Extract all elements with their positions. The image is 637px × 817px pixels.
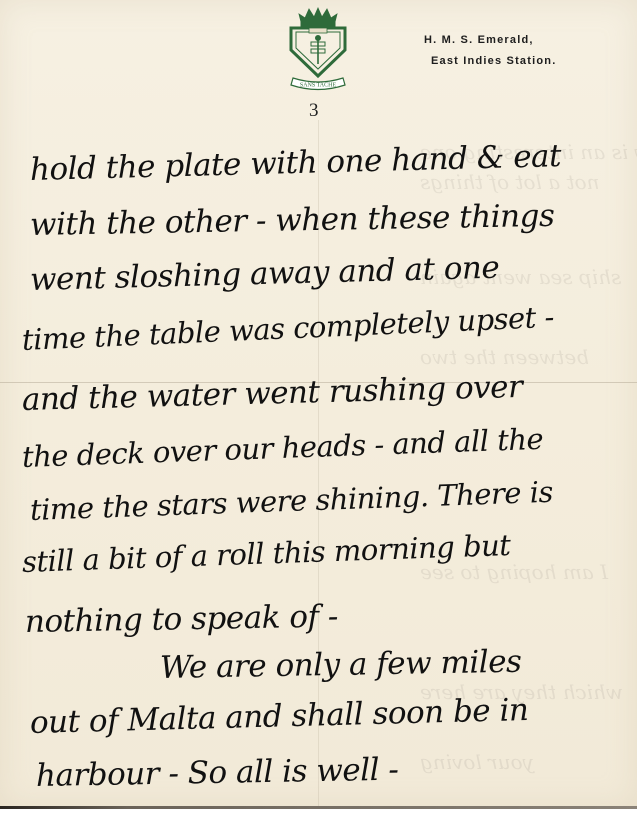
handwritten-line: the deck over our heads - and all the [21,422,543,474]
handwritten-line: time the stars were shining. There is [29,475,553,527]
ship-crest-icon: SANS TACHE [283,6,353,92]
page-edge [0,806,637,809]
station-name: East Indies Station. [424,51,556,72]
letterhead-address: H. M. S. Emerald, East Indies Station. [424,30,556,72]
page-number: 3 [309,100,319,122]
handwritten-line: We are only a few miles [160,644,522,686]
handwritten-line: harbour - So all is well - [36,752,399,794]
handwritten-line: and the water went rushing over [22,369,523,418]
svg-text:SANS TACHE: SANS TACHE [300,83,337,89]
ship-name: H. M. S. Emerald, [424,30,556,51]
letter-page: the way is an interesting one not a lot … [0,0,637,808]
bleed-through-text: your loving [420,750,534,774]
bleed-through-text: between the two [420,345,589,369]
handwritten-line: with the other - when these things [30,198,555,243]
handwritten-line: out of Malta and shall soon be in [30,692,529,741]
handwritten-line: went sloshing away and at one [30,250,500,298]
handwritten-line: nothing to speak of - [25,599,338,640]
